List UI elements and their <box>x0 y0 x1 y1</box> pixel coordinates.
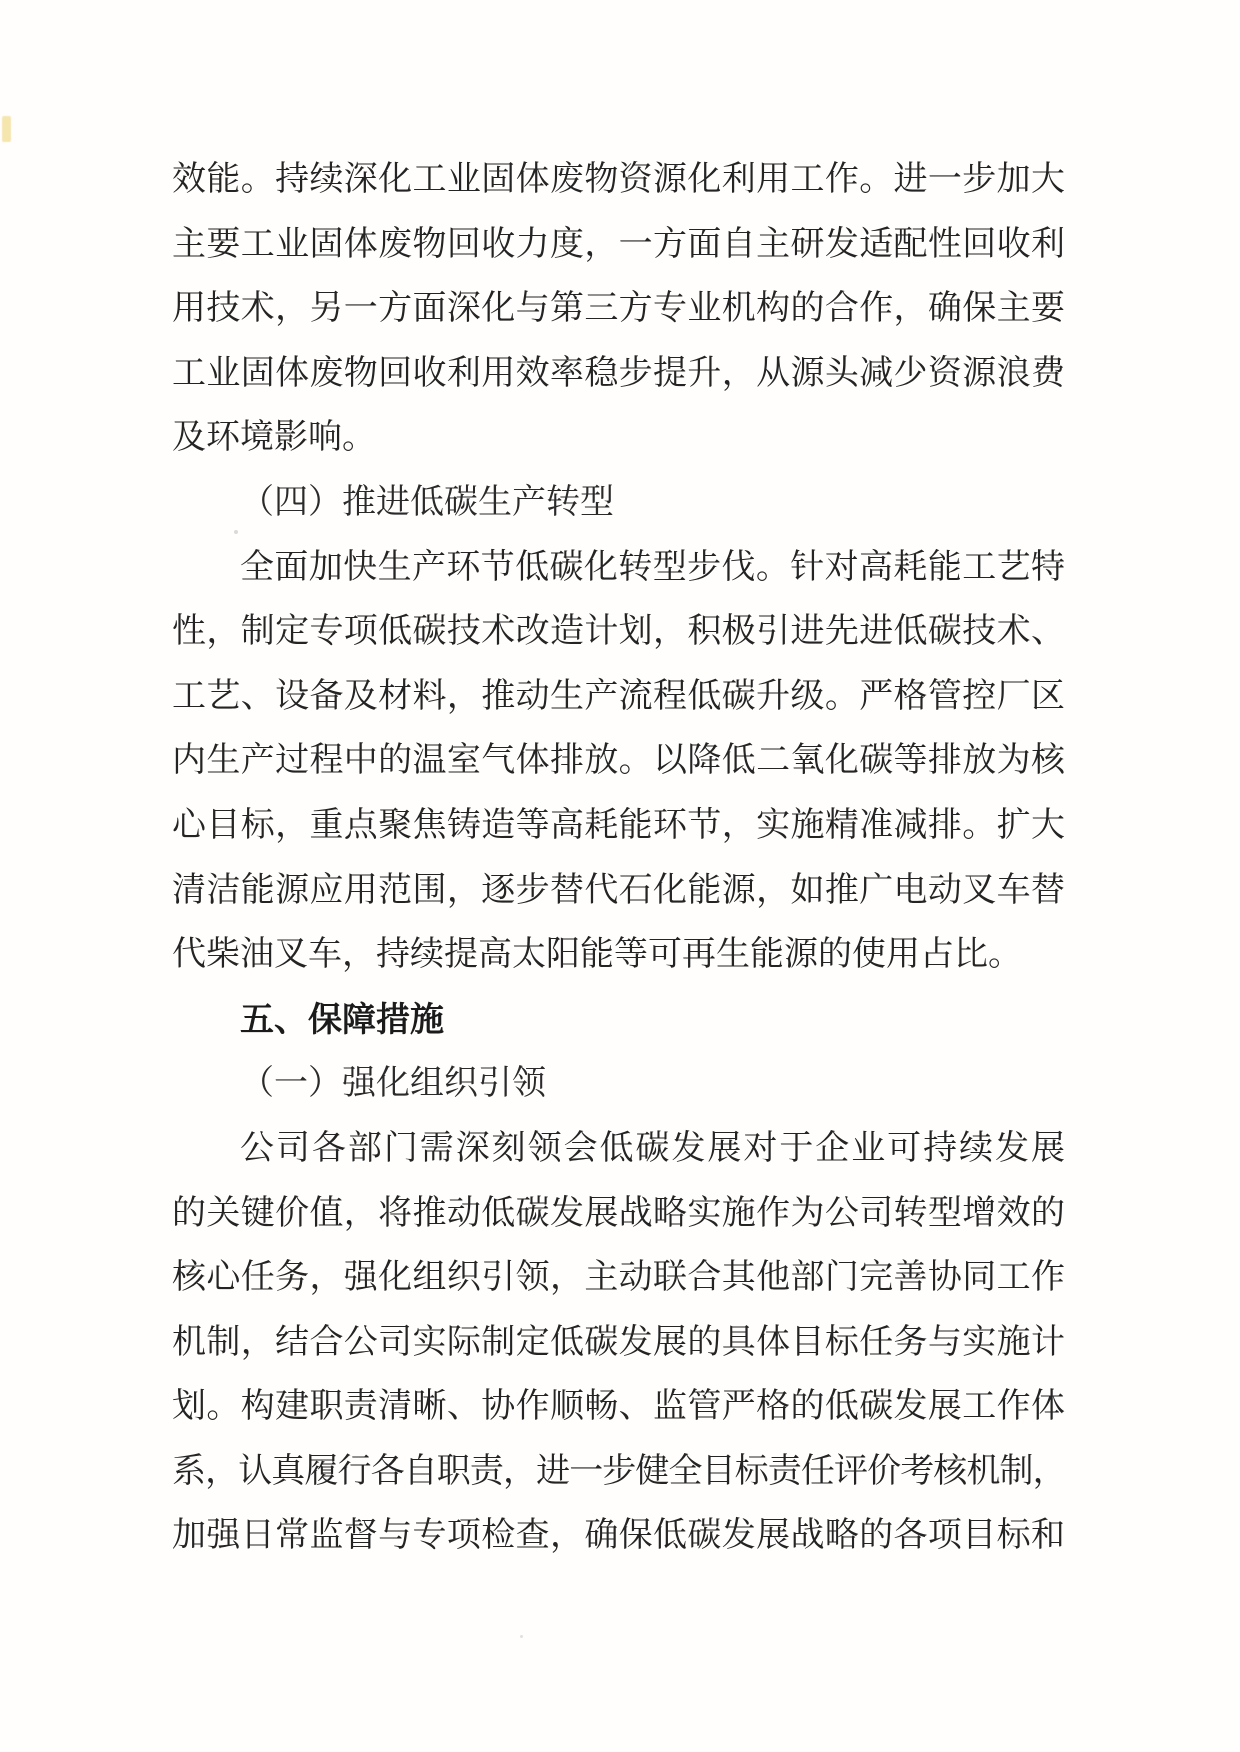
section: 五、保障措施 <box>172 988 1065 1053</box>
body-line: 系，认真履行各自职责，进一步健全目标责任评价考核机制， <box>172 1440 1065 1505</box>
subsection: （一）强化组织引领 <box>172 1052 1065 1117</box>
body-line: 全面加快生产环节低碳化转型步伐。针对高耗能工艺特 <box>172 536 1065 601</box>
subsection-heading-1: （一）强化组织引领 <box>172 1052 1065 1117</box>
body-line: 核心任务，强化组织引领，主动联合其他部门完善协同工作 <box>172 1246 1065 1311</box>
body-line: 划。构建职责清晰、协作顺畅、监管严格的低碳发展工作体 <box>172 1375 1065 1440</box>
body-line: 工业固体废物回收利用效率稳步提升，从源头减少资源浪费 <box>172 342 1065 407</box>
body-line: 公司各部门需深刻领会低碳发展对于企业可持续发展 <box>172 1117 1065 1182</box>
paragraph: 全面加快生产环节低碳化转型步伐。针对高耗能工艺特 性，制定专项低碳技术改造计划，… <box>172 536 1065 988</box>
body-line: 用技术，另一方面深化与第三方专业机构的合作，确保主要 <box>172 277 1065 342</box>
body-line: 及环境影响。 <box>172 406 1065 471</box>
body-line: 性，制定专项低碳技术改造计划，积极引进先进低碳技术、 <box>172 600 1065 665</box>
body-line: 的关键价值，将推动低碳发展战略实施作为公司转型增效的 <box>172 1182 1065 1247</box>
document-body: 效能。持续深化工业固体废物资源化利用工作。进一步加大 主要工业固体废物回收力度，… <box>172 148 1065 1569</box>
body-line: 机制，结合公司实际制定低碳发展的具体目标任务与实施计 <box>172 1311 1065 1376</box>
paragraph-continuation: 效能。持续深化工业固体废物资源化利用工作。进一步加大 主要工业固体废物回收力度，… <box>172 148 1065 471</box>
body-line: 加强日常监督与专项检查，确保低碳发展战略的各项目标和 <box>172 1504 1065 1569</box>
scan-artifact-speck <box>520 1635 523 1638</box>
body-line: 内生产过程中的温室气体排放。以降低二氧化碳等排放为核 <box>172 729 1065 794</box>
section-heading-5: 五、保障措施 <box>172 988 1065 1053</box>
paragraph: 公司各部门需深刻领会低碳发展对于企业可持续发展 的关键价值，将推动低碳发展战略实… <box>172 1117 1065 1569</box>
body-line: 效能。持续深化工业固体废物资源化利用工作。进一步加大 <box>172 148 1065 213</box>
scan-artifact-yellow-streak <box>2 116 11 142</box>
document-page: 效能。持续深化工业固体废物资源化利用工作。进一步加大 主要工业固体废物回收力度，… <box>0 0 1240 1752</box>
body-line: 心目标，重点聚焦铸造等高耗能环节，实施精准减排。扩大 <box>172 794 1065 859</box>
body-line: 代柴油叉车，持续提高太阳能等可再生能源的使用占比。 <box>172 923 1065 988</box>
subsection: （四）推进低碳生产转型 <box>172 471 1065 536</box>
body-line: 清洁能源应用范围，逐步替代石化能源，如推广电动叉车替 <box>172 859 1065 924</box>
subsection-heading-4: （四）推进低碳生产转型 <box>172 471 1065 536</box>
body-line: 主要工业固体废物回收力度，一方面自主研发适配性回收利 <box>172 213 1065 278</box>
body-line: 工艺、设备及材料，推动生产流程低碳升级。严格管控厂区 <box>172 665 1065 730</box>
